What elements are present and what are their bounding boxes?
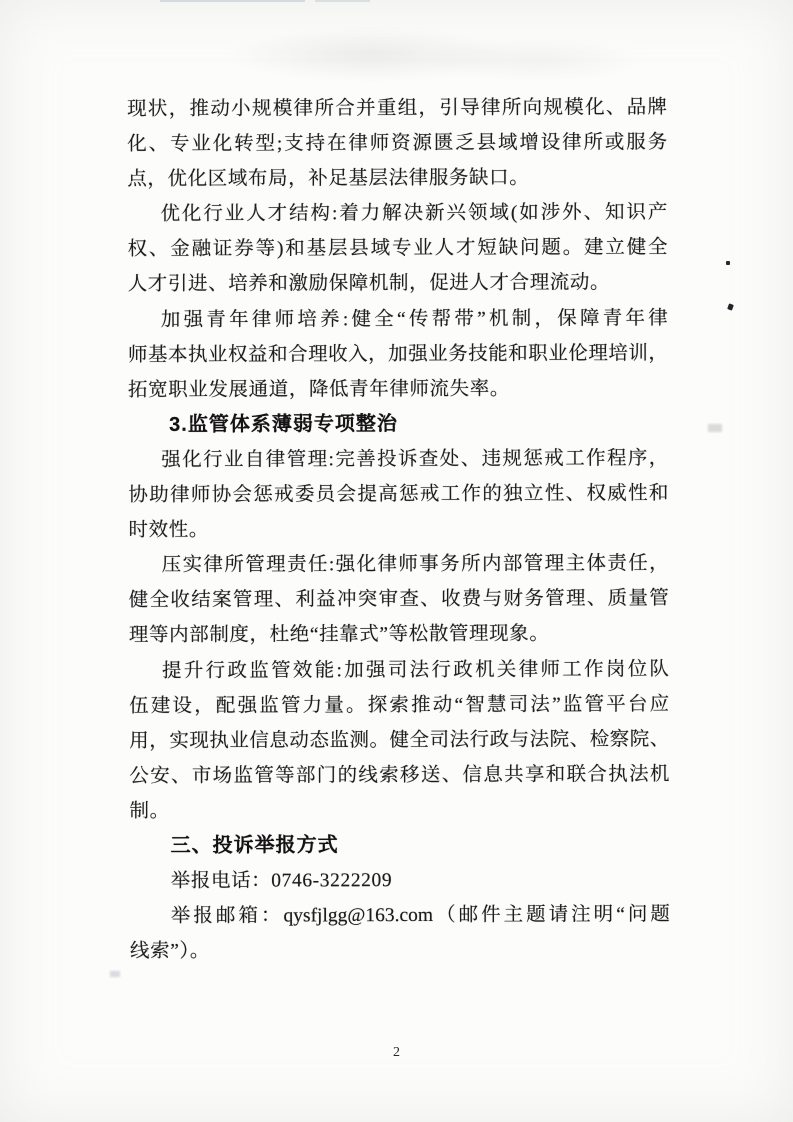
text-line: 时效性。 — [128, 511, 668, 548]
text-line: 线索”）。 — [130, 932, 670, 969]
page-number: 2 — [0, 1045, 793, 1061]
text-line: 伍建设，配强监管力量。探索推动“智慧司法”监管平台应 — [129, 687, 669, 724]
scan-edge-mark — [315, 0, 370, 2]
text-line: 提升行政监管效能:加强司法行政机关律师工作岗位队 — [129, 652, 669, 689]
text-line: 加强青年律师培养:健全“传帮带”机制，保障青年律 — [128, 301, 668, 338]
text-line: 化、专业化转型;支持在律师资源匮乏县域增设律所或服务 — [127, 125, 667, 162]
text-line: 人才引进、培养和激励保障机制，促进人才合理流动。 — [128, 266, 668, 303]
text-line: 举报邮箱：qysfjlgg@163.com（邮件主题请注明“问题 — [130, 897, 670, 934]
text-line: 拓宽职业发展通道，降低青年律师流失率。 — [128, 371, 668, 408]
text-line: 压实律所管理责任:强化律师事务所内部管理主体责任， — [129, 546, 669, 583]
scan-smudge — [225, 28, 515, 82]
section-heading: 三、投诉举报方式 — [130, 827, 670, 864]
text-line: 公安、市场监管等部门的线索移送、信息共享和联合执法机 — [129, 757, 669, 794]
scan-speck — [726, 261, 730, 265]
text-line: 师基本执业权益和合理收入，加强业务技能和职业伦理培训， — [128, 336, 668, 373]
text-line: 理等内部制度，杜绝“挂靠式”等松散管理现象。 — [129, 617, 669, 654]
text-line: 现状，推动小规模律所合并重组，引导律所向规模化、品牌 — [127, 90, 667, 127]
scan-smudge — [420, 38, 650, 82]
scan-edge-mark — [160, 0, 305, 2]
text-line: 用，实现执业信息动态监测。健全司法行政与法院、检察院、 — [129, 722, 669, 759]
scan-speck — [110, 971, 120, 977]
scan-speck — [727, 303, 734, 310]
text-line: 健全收结案管理、利益冲突审查、收费与财务管理、质量管 — [129, 581, 669, 618]
scan-speck — [708, 424, 722, 432]
text-line: 权、金融证券等)和基层县域专业人才短缺问题。建立健全 — [127, 230, 667, 267]
text-line: 制。 — [129, 792, 669, 829]
document-lines: 现状，推动小规模律所合并重组，引导律所向规模化、品牌化、专业化转型;支持在律师资… — [127, 90, 670, 969]
text-line: 点，优化区域布局，补足基层法律服务缺口。 — [127, 160, 667, 197]
text-line: 举报电话：0746-3222209 — [130, 862, 670, 899]
section-heading: 3.监管体系薄弱专项整治 — [128, 406, 668, 443]
text-line: 强化行业自律管理:完善投诉查处、违规惩戒工作程序， — [128, 441, 668, 478]
scanned-document-page: 现状，推动小规模律所合并重组，引导律所向规模化、品牌化、专业化转型;支持在律师资… — [0, 0, 793, 1122]
text-line: 优化行业人才结构:着力解决新兴领域(如涉外、知识产 — [127, 195, 667, 232]
text-line: 协助律师协会惩戒委员会提高惩戒工作的独立性、权威性和 — [128, 476, 668, 513]
